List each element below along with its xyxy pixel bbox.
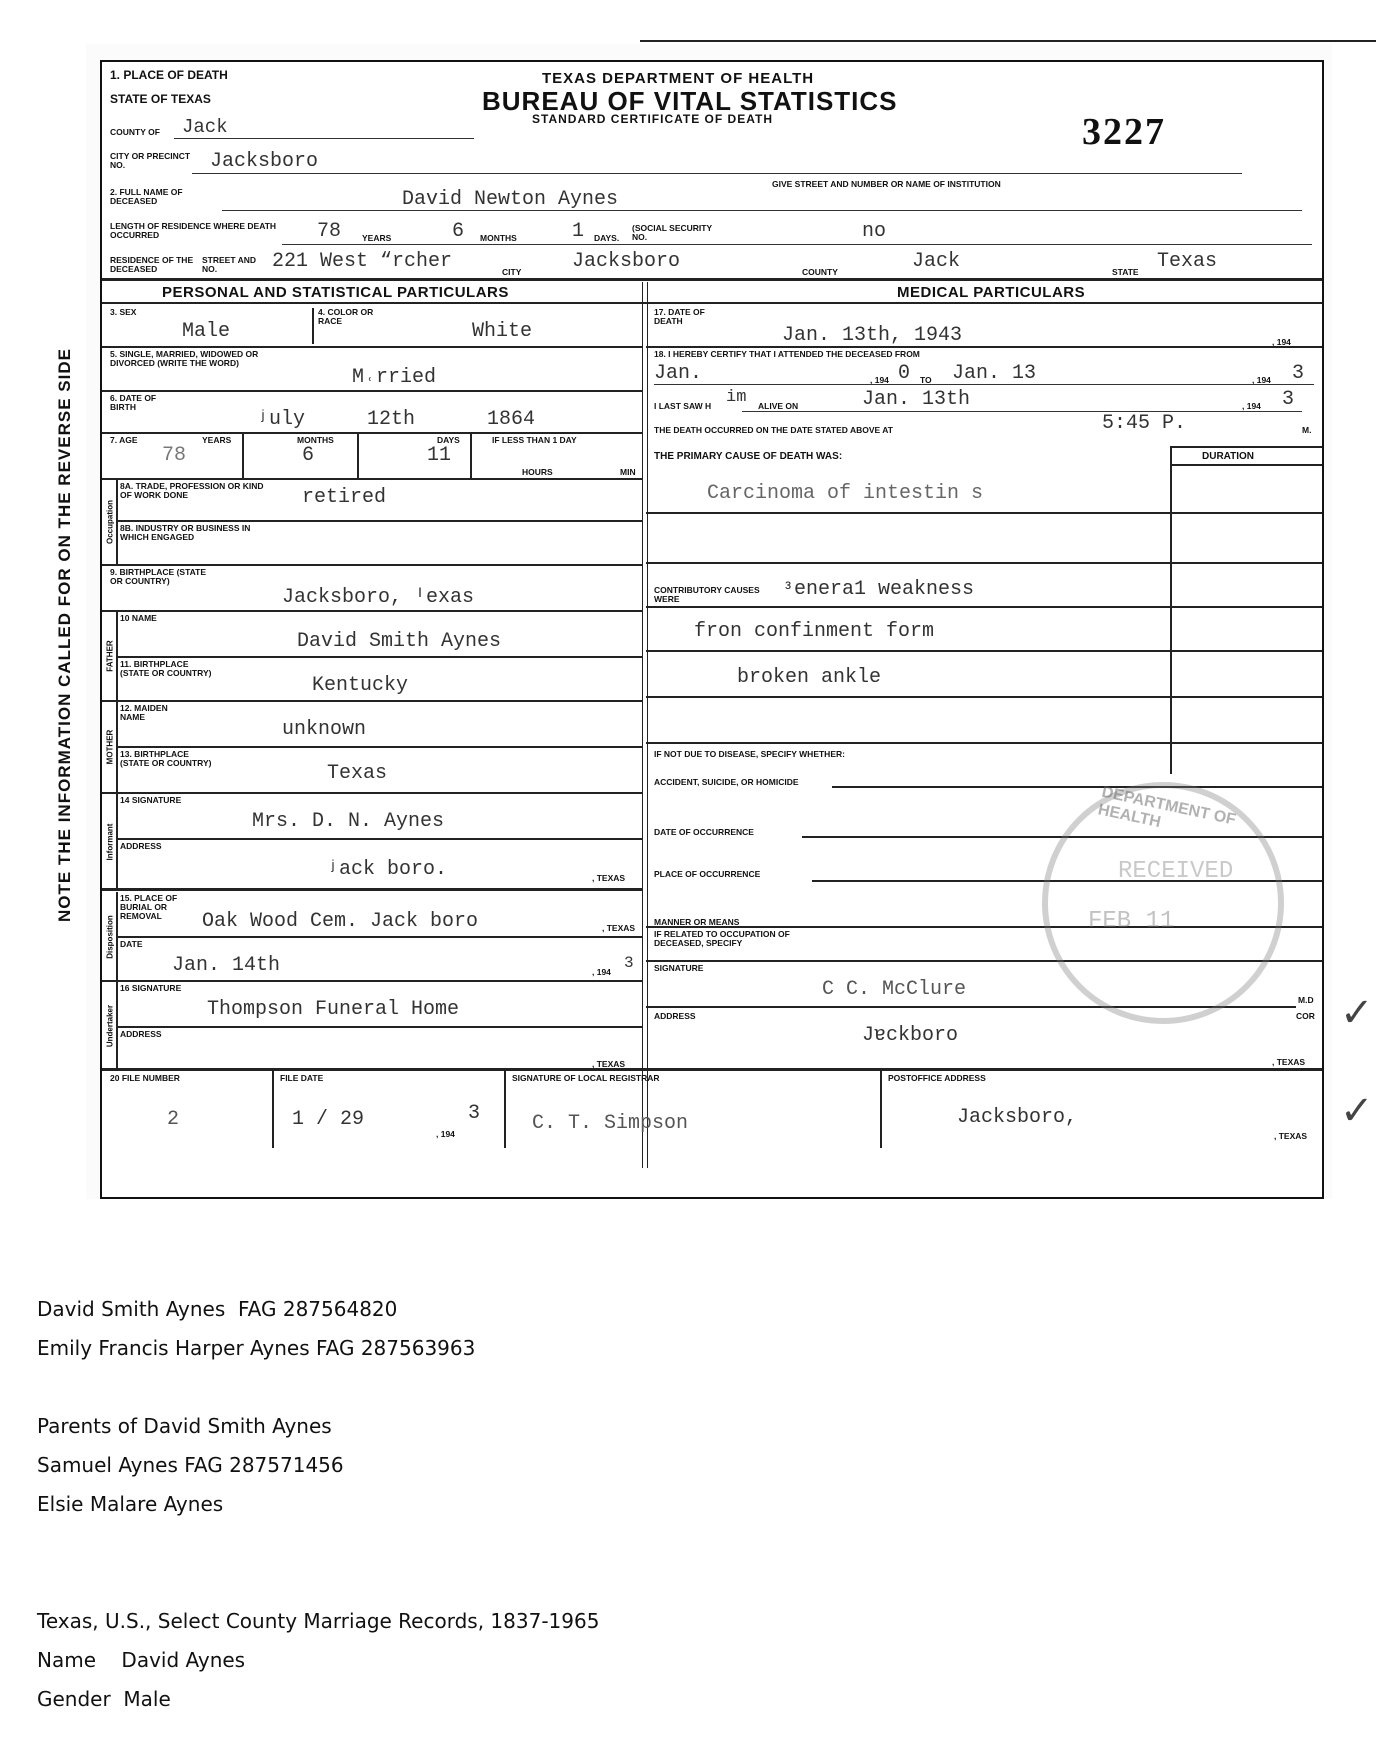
department-title: TEXAS DEPARTMENT OF HEALTH <box>542 70 814 87</box>
contributory-cause-2: fron confinment form <box>694 620 934 643</box>
city-value: Jacksboro <box>210 150 318 173</box>
occupation-group-label: Occupation <box>104 480 116 564</box>
note-line: Gender Male <box>37 1680 599 1719</box>
registrar-signature: C. T. Simpson <box>532 1112 688 1135</box>
age-years: 78 <box>162 444 186 467</box>
note-line <box>37 1524 599 1563</box>
birthplace-value: Jacksboro, ᴵexas <box>282 586 474 609</box>
dob-day: 12th <box>367 408 415 431</box>
dob-month: ʲuly <box>257 408 305 431</box>
residence-street: 221 West “rcher <box>272 250 452 273</box>
death-time: 5:45 P. <box>1102 412 1186 435</box>
institution-label: GIVE STREET AND NUMBER OR NAME OF INSTIT… <box>772 180 1001 189</box>
informant-address: ʲack boro. <box>327 858 447 881</box>
received-stamp: DEPARTMENT OF HEALTH RECEIVED FEB 11 <box>1042 782 1284 1024</box>
note-line <box>37 1563 599 1602</box>
father-name: David Smith Aynes <box>297 630 501 653</box>
postoffice-address: Jacksboro, <box>957 1106 1077 1129</box>
medical-section-title: MEDICAL PARTICULARS <box>897 284 1085 301</box>
research-notes: David Smith Aynes FAG 287564820 Emily Fr… <box>37 1290 599 1719</box>
contributory-cause-1: ᵌenera1 weakness <box>782 578 974 601</box>
burial-date: Jan. 14th <box>172 954 280 977</box>
undertaker-group-label: Undertaker <box>104 982 116 1070</box>
personal-section-title: PERSONAL AND STATISTICAL PARTICULARS <box>162 284 509 301</box>
age-months: 6 <box>302 444 314 467</box>
ssn-value: no <box>862 220 886 243</box>
note-line: Elsie Malare Aynes <box>37 1485 599 1524</box>
date-of-death: Jan. 13th, 1943 <box>782 324 962 347</box>
physician-signature: C C. McClure <box>822 978 966 1001</box>
father-birthplace: Kentucky <box>312 674 408 697</box>
last-seen-date: Jan. 13th <box>862 388 970 411</box>
residence-length-label: LENGTH OF RESIDENCE WHERE DEATH OCCURRED <box>110 222 280 240</box>
burial-place: Oak Wood Cem. Jack boro <box>202 910 478 933</box>
contributory-cause-3: broken ankle <box>737 666 881 689</box>
reverse-side-note: NOTE THE INFORMATION CALLED FOR ON THE R… <box>50 300 80 970</box>
note-line: Name David Aynes <box>37 1641 599 1680</box>
attended-from: Jan. <box>654 362 702 385</box>
sex-value: Male <box>182 320 230 343</box>
father-group-label: FATHER <box>104 612 116 700</box>
city-label: CITY OR PRECINCT NO. <box>110 152 200 170</box>
age-days: 11 <box>427 444 451 467</box>
primary-cause: Carcinoma of intestin s <box>707 482 983 505</box>
mother-maiden-name: unknown <box>282 718 366 741</box>
check-mark-icon: ✓ <box>1340 990 1374 1036</box>
informant-group-label: Informant <box>104 794 116 890</box>
residence-days: 1 <box>572 220 584 243</box>
ssn-label: (SOCIAL SECURITY NO. <box>632 224 712 242</box>
undertaker-signature: Thompson Funeral Home <box>207 998 459 1021</box>
disposition-group-label: Disposition <box>104 892 116 982</box>
duration-header: DURATION <box>1202 452 1254 462</box>
certificate-subtitle: STANDARD CERTIFICATE OF DEATH <box>532 112 773 126</box>
note-line: Emily Francis Harper Aynes FAG 287563963 <box>37 1329 599 1368</box>
race-value: White <box>472 320 532 343</box>
residence-city: Jacksboro <box>572 250 680 273</box>
note-line: David Smith Aynes FAG 287564820 <box>37 1290 599 1329</box>
scan-top-edge <box>640 40 1376 42</box>
death-certificate: 1. PLACE OF DEATH STATE OF TEXAS COUNTY … <box>100 60 1324 1199</box>
certificate-number: 3227 <box>1082 110 1166 154</box>
place-of-death-label: 1. PLACE OF DEATH <box>110 70 228 80</box>
dob-year: 1864 <box>487 408 535 431</box>
note-line: Texas, U.S., Select County Marriage Reco… <box>37 1602 599 1641</box>
residence-months: 6 <box>452 220 464 243</box>
marital-status: M˓rried <box>352 366 436 389</box>
residence-state: Texas <box>1157 250 1217 273</box>
residence-label: RESIDENCE OF THE DECEASED <box>110 256 200 274</box>
attended-to: Jan. 13 <box>952 362 1036 385</box>
check-mark-icon: ✓ <box>1340 1088 1374 1134</box>
file-number: 2 <box>167 1108 179 1131</box>
file-date: 1 / 29 <box>292 1108 364 1131</box>
county-label: COUNTY OF <box>110 128 160 137</box>
mother-birthplace: Texas <box>327 762 387 785</box>
informant-signature: Mrs. D. N. Aynes <box>252 810 444 833</box>
physician-address: Jɐckboro <box>862 1024 958 1047</box>
county-value: Jack <box>182 116 228 138</box>
note-line <box>37 1368 599 1407</box>
occupation-value: retired <box>302 486 386 509</box>
deceased-name: David Newton Aynes <box>402 188 618 211</box>
residence-county: Jack <box>912 250 960 273</box>
residence-years: 78 <box>317 220 341 243</box>
note-line: Samuel Aynes FAG 287571456 <box>37 1446 599 1485</box>
column-divider <box>642 282 648 1168</box>
note-line: Parents of David Smith Aynes <box>37 1407 599 1446</box>
state-label: STATE OF TEXAS <box>110 94 211 104</box>
full-name-label: 2. FULL NAME OF DECEASED <box>110 188 220 206</box>
mother-group-label: MOTHER <box>104 702 116 792</box>
